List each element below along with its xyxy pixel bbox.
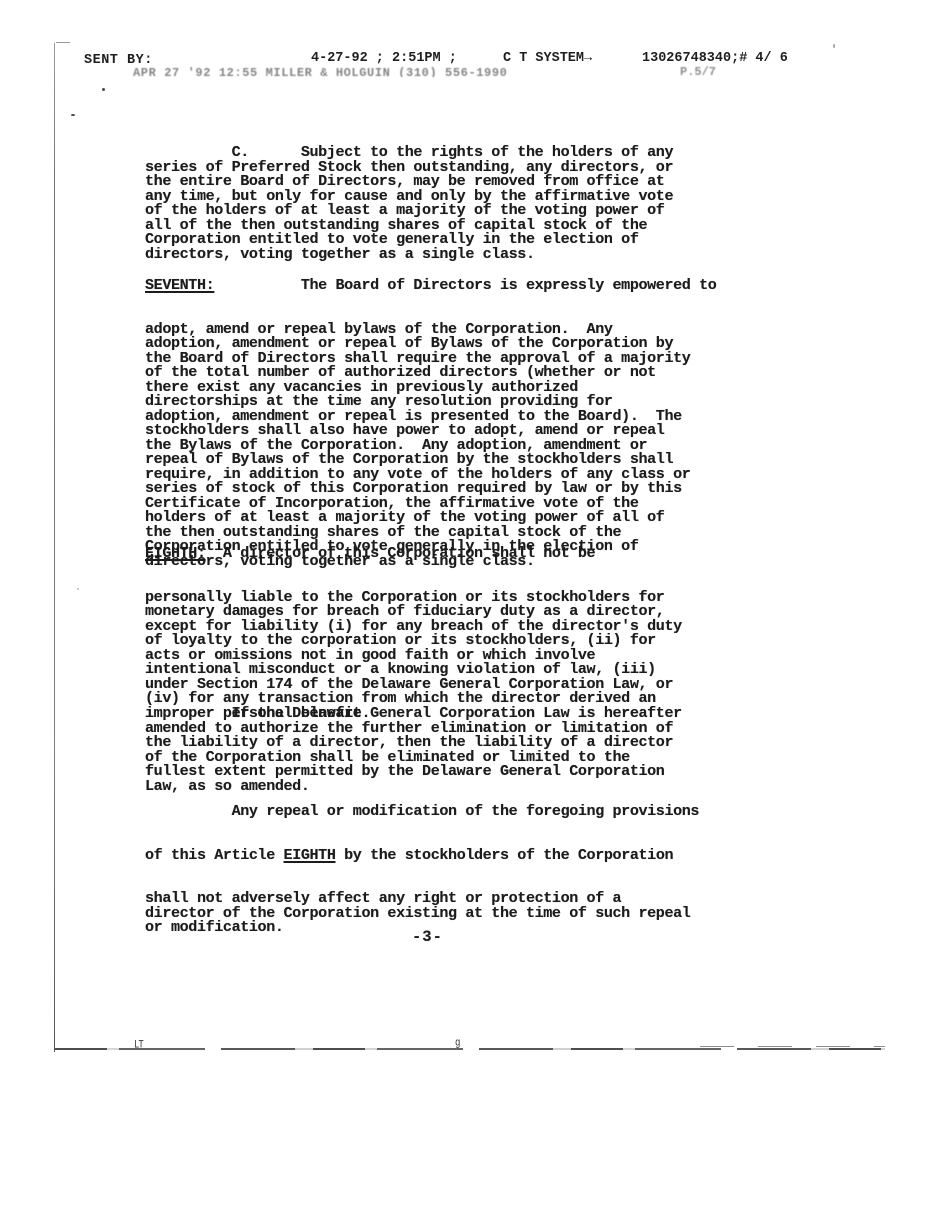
faded-origin-line: APR 27 '92 12:55 MILLER & HOLGUIN (310) … <box>133 66 533 77</box>
scan-smudge: g <box>455 1037 459 1049</box>
paragraph-repeal-modification: Any repeal or modification of the forego… <box>145 775 745 964</box>
scan-smudge: LT <box>134 1039 143 1051</box>
article-seventh-first-line: SEVENTH: The Board of Directors is expre… <box>145 278 745 293</box>
article-seventh-first-line-rest: The Board of Directors is expressly empo… <box>214 276 716 294</box>
scan-speck <box>71 114 75 116</box>
scan-speck <box>77 588 79 590</box>
article-eighth-heading: EIGHTH: <box>145 544 206 562</box>
scan-speck <box>833 44 835 48</box>
article-eighth-first-line: EIGHTH: A director of this Corporation s… <box>145 546 745 561</box>
scan-speck <box>102 88 105 91</box>
repeal-line-1: Any repeal or modification of the forego… <box>145 804 745 819</box>
fax-page: LT g SENT BY: APR 27 '92 12:55 MILLER & … <box>0 0 952 1232</box>
article-eighth-reference: EIGHTH <box>284 846 336 864</box>
page-number: -3- <box>412 928 443 946</box>
article-eighth-first-line-rest: A director of this Corporation shall not… <box>206 544 596 562</box>
fax-number-page-count: 13026748340;# 4/ 6 <box>642 51 788 66</box>
page-bottom-edge-line <box>55 1048 885 1050</box>
article-seventh-heading: SEVENTH: <box>145 276 214 294</box>
page-left-edge-line <box>54 43 55 1052</box>
fax-page-fraction: P.5/7 <box>680 65 716 79</box>
page-bottom-edge-line-right <box>700 1046 885 1047</box>
repeal-line-2: of this Article EIGHTH by the stockholde… <box>145 848 745 863</box>
page-corner-tick <box>56 42 70 43</box>
fax-system-id: C T SYSTEM→ <box>503 51 592 66</box>
paragraph-c-text: C. Subject to the rights of the holders … <box>145 145 745 261</box>
paragraph-repeal-text: shall not adversely affect any right or … <box>145 891 745 935</box>
fax-datetime: 4-27-92 ; 2:51PM ; <box>311 51 457 66</box>
